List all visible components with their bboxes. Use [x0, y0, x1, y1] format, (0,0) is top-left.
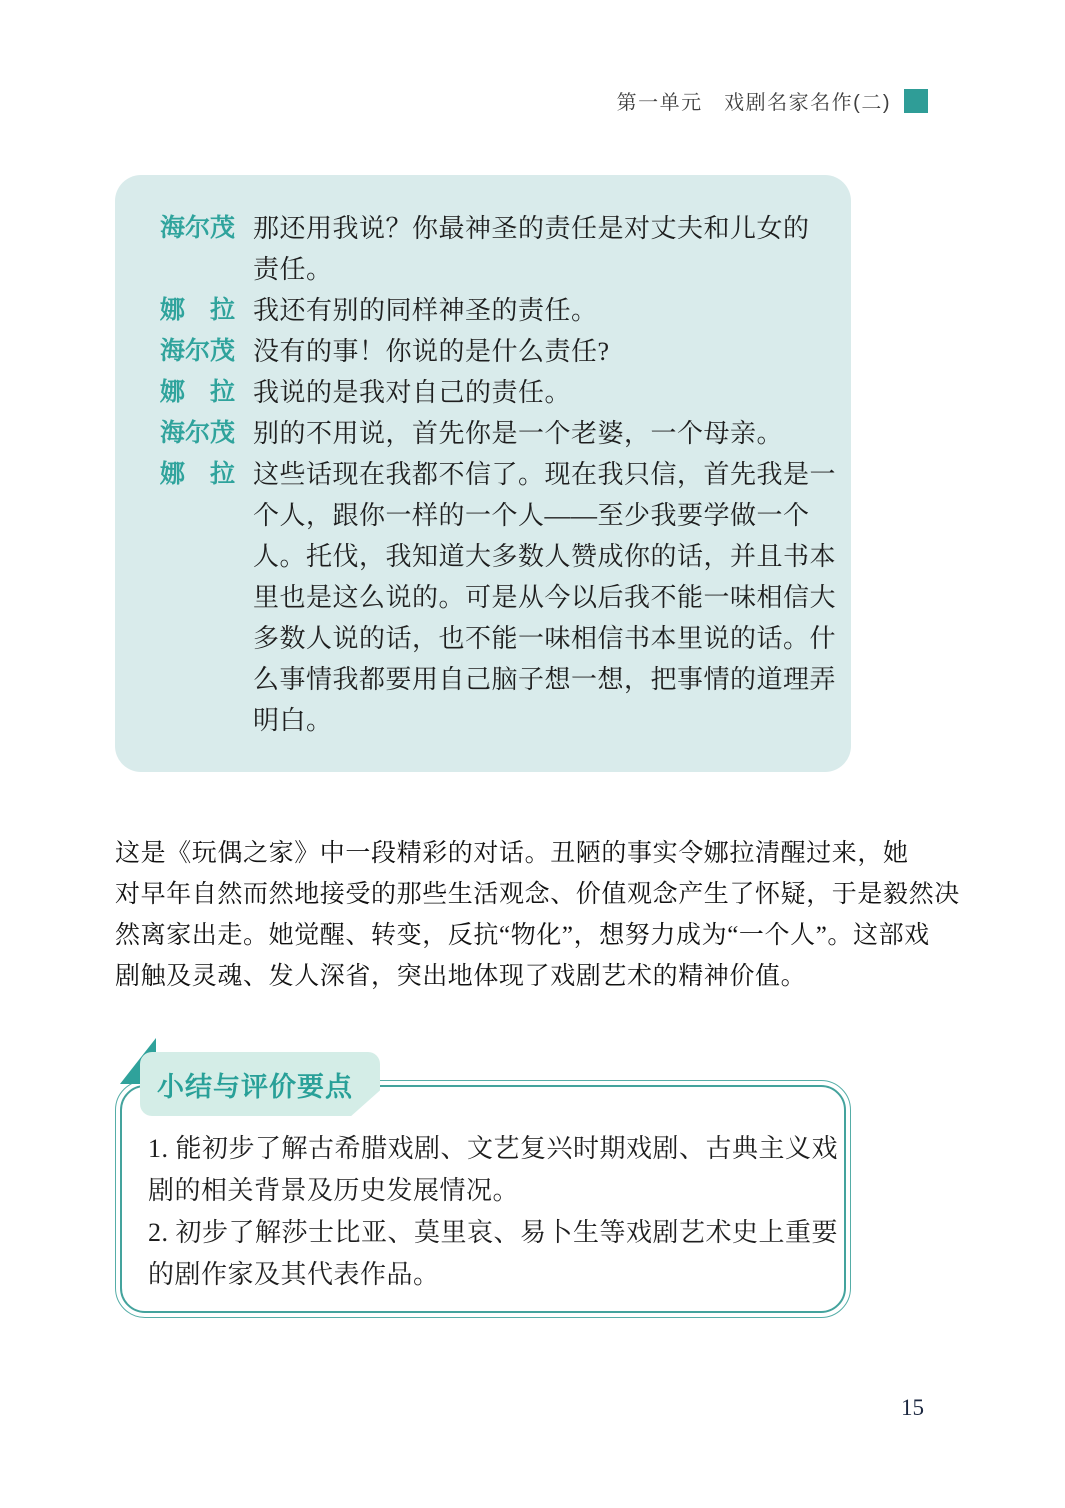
dialogue-lines: 没有的事！你说的是什么责任? — [253, 331, 825, 372]
dialogue-lines: 那还用我说？你最神圣的责任是对丈夫和儿女的 责任。 — [253, 208, 825, 290]
dialogue-entry: 海尔茂 没有的事！你说的是什么责任? — [160, 331, 825, 372]
speaker-name: 娜 拉 — [160, 454, 240, 741]
commentary-line: 然离家出走。她觉醒、转变，反抗“物化”，想努力成为“一个人”。这部戏 — [115, 915, 960, 956]
unit-title: 第一单元 戏剧名家名作(二) — [617, 86, 891, 115]
dialogue-lines: 别的不用说，首先你是一个老婆，一个母亲。 — [253, 413, 825, 454]
dialogue-entry: 娜 拉 我还有别的同样神圣的责任。 — [160, 290, 825, 331]
textbook-page: 第一单元 戏剧名家名作(二) 海尔茂 那还用我说？你最神圣的责任是对丈夫和儿女的… — [0, 0, 1065, 1508]
dialogue-line: 这些话现在我都不信了。现在我只信，首先我是一 — [253, 454, 825, 495]
summary-title: 小结与评价要点 — [157, 1065, 353, 1104]
speaker-name: 娜 拉 — [160, 290, 240, 331]
dialogue-line: 责任。 — [253, 249, 825, 290]
commentary-line: 剧触及灵魂、发人深省，突出地体现了戏剧艺术的精神价值。 — [115, 956, 960, 997]
dialogue-line: 那还用我说？你最神圣的责任是对丈夫和儿女的 — [253, 208, 825, 249]
speaker-name: 海尔茂 — [160, 413, 240, 454]
commentary-line: 这是《玩偶之家》中一段精彩的对话。丑陋的事实令娜拉清醒过来，她 — [115, 833, 960, 874]
speaker-name: 海尔茂 — [160, 208, 240, 290]
summary-point: 2. 初步了解莎士比亚、莫里哀、易卜生等戏剧艺术史上重要 的剧作家及其代表作品。 — [148, 1212, 823, 1296]
dialogue-line: 明白。 — [253, 700, 825, 741]
dialogue-line: 多数人说的话，也不能一味相信书本里说的话。什 — [253, 618, 825, 659]
summary-panel: 小结与评价要点 1. 能初步了解古希腊戏剧、文艺复兴时期戏剧、古典主义戏 剧的相… — [115, 1080, 851, 1318]
dialogue-entry: 海尔茂 别的不用说，首先你是一个老婆，一个母亲。 — [160, 413, 825, 454]
page-number: 15 — [901, 1395, 924, 1421]
summary-content: 1. 能初步了解古希腊戏剧、文艺复兴时期戏剧、古典主义戏 剧的相关背景及历史发展… — [148, 1128, 823, 1296]
speaker-name: 海尔茂 — [160, 331, 240, 372]
dialogue-entry: 娜 拉 这些话现在我都不信了。现在我只信，首先我是一 个人，跟你一样的一个人——… — [160, 454, 825, 741]
dialogue-line: 个人，跟你一样的一个人——至少我要学做一个 — [253, 495, 825, 536]
dialogue-line: 我还有别的同样神圣的责任。 — [253, 290, 825, 331]
dialogue-line: 里也是这么说的。可是从今以后我不能一味相信大 — [253, 577, 825, 618]
summary-title-tab: 小结与评价要点 — [140, 1052, 380, 1116]
dialogue-line: 么事情我都要用自己脑子想一想，把事情的道理弄 — [253, 659, 825, 700]
summary-line: 1. 能初步了解古希腊戏剧、文艺复兴时期戏剧、古典主义戏 — [148, 1128, 823, 1170]
summary-line: 剧的相关背景及历史发展情况。 — [148, 1170, 823, 1212]
dialogue-line: 我说的是我对自己的责任。 — [253, 372, 825, 413]
dialogue-lines: 我说的是我对自己的责任。 — [253, 372, 825, 413]
section-marker-icon — [904, 89, 928, 113]
commentary-line: 对早年自然而然地接受的那些生活观念、价值观念产生了怀疑，于是毅然决 — [115, 874, 960, 915]
dialogue-panel: 海尔茂 那还用我说？你最神圣的责任是对丈夫和儿女的 责任。 娜 拉 我还有别的同… — [115, 175, 851, 772]
summary-point: 1. 能初步了解古希腊戏剧、文艺复兴时期戏剧、古典主义戏 剧的相关背景及历史发展… — [148, 1128, 823, 1212]
dialogue-lines: 这些话现在我都不信了。现在我只信，首先我是一 个人，跟你一样的一个人——至少我要… — [253, 454, 825, 741]
summary-line: 的剧作家及其代表作品。 — [148, 1254, 823, 1296]
summary-line: 2. 初步了解莎士比亚、莫里哀、易卜生等戏剧艺术史上重要 — [148, 1212, 823, 1254]
dialogue-line: 人。托伐，我知道大多数人赞成你的话，并且书本 — [253, 536, 825, 577]
commentary-paragraph: 这是《玩偶之家》中一段精彩的对话。丑陋的事实令娜拉清醒过来，她 对早年自然而然地… — [115, 833, 960, 997]
dialogue-line: 没有的事！你说的是什么责任? — [253, 331, 825, 372]
dialogue-entry: 娜 拉 我说的是我对自己的责任。 — [160, 372, 825, 413]
page-header: 第一单元 戏剧名家名作(二) — [617, 86, 928, 115]
dialogue-entry: 海尔茂 那还用我说？你最神圣的责任是对丈夫和儿女的 责任。 — [160, 208, 825, 290]
dialogue-lines: 我还有别的同样神圣的责任。 — [253, 290, 825, 331]
dialogue-line: 别的不用说，首先你是一个老婆，一个母亲。 — [253, 413, 825, 454]
speaker-name: 娜 拉 — [160, 372, 240, 413]
